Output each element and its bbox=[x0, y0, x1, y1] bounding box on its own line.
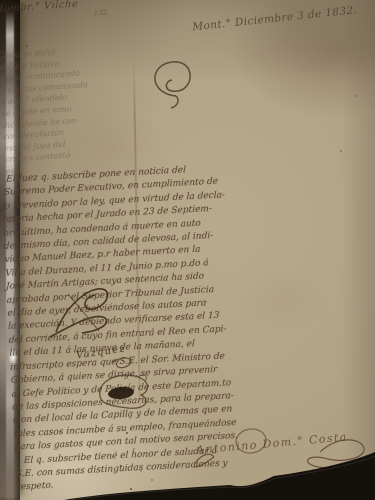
manuscript-photo: Mont.° Diciembre 3 de 1832. Hombr.° Vilc… bbox=[0, 0, 375, 500]
dateline: Mont.° Diciembre 3 de 1832. bbox=[192, 3, 372, 34]
margin-note-lines: Como se pidióal Gefe Políticose fue comu… bbox=[0, 42, 126, 178]
margin-note: Hombr.° Vilche 132 Como se pidióal Gefe … bbox=[0, 0, 126, 178]
ornate-initial-icon bbox=[155, 62, 190, 108]
